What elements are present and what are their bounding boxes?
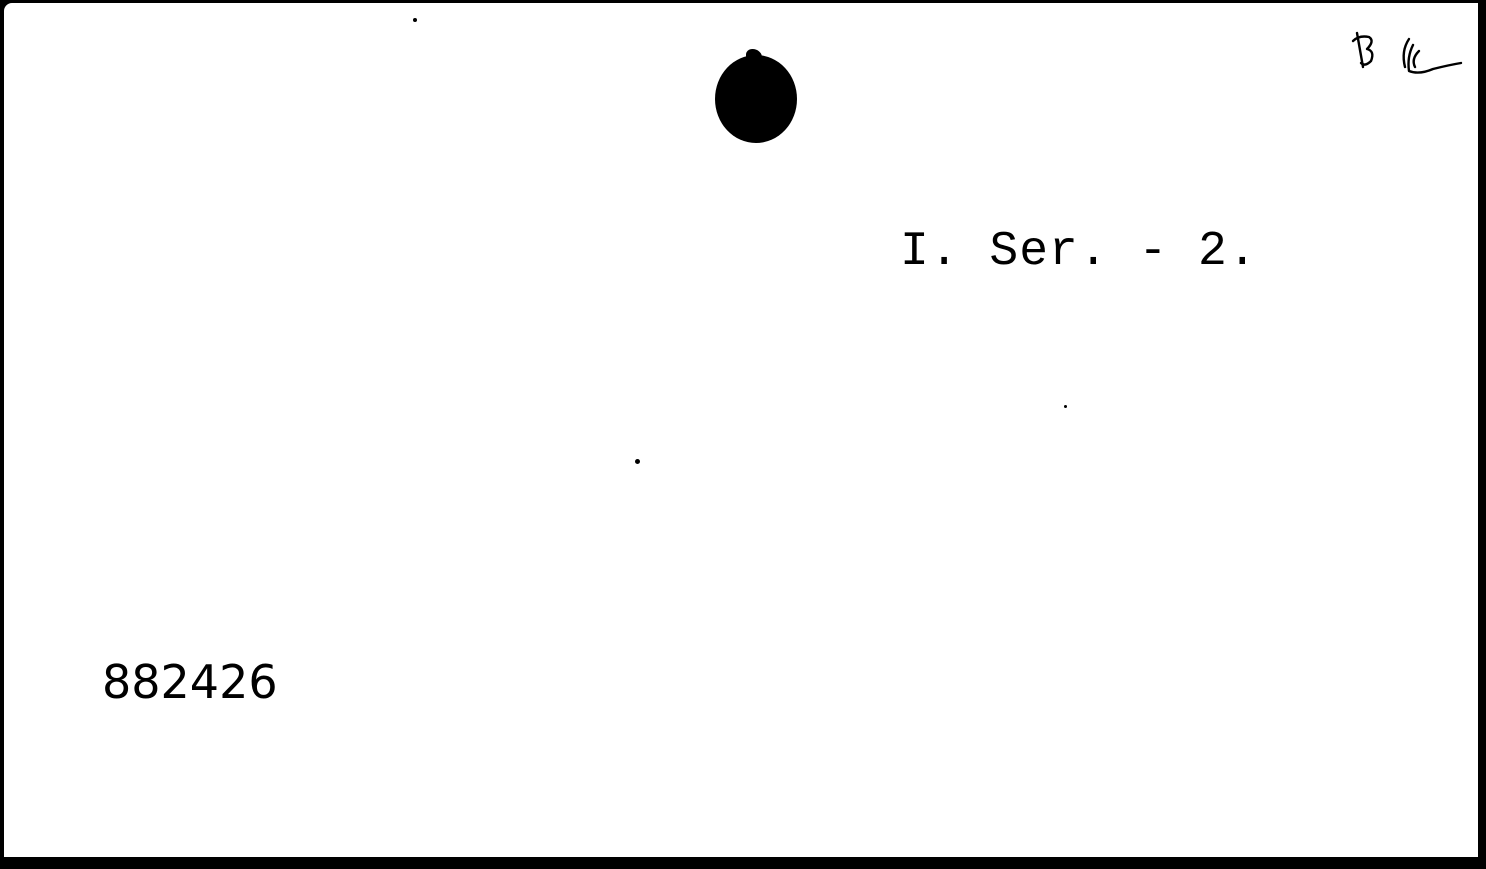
- speck: [413, 18, 417, 22]
- speck: [1064, 405, 1067, 408]
- speck: [635, 459, 640, 464]
- card-number: 882426: [102, 655, 278, 709]
- catalog-card: I. Ser. - 2. 882426: [4, 3, 1478, 857]
- punch-hole: [715, 55, 797, 143]
- handwritten-initials: [1349, 27, 1467, 81]
- classification-mark: I. Ser. - 2.: [900, 225, 1258, 279]
